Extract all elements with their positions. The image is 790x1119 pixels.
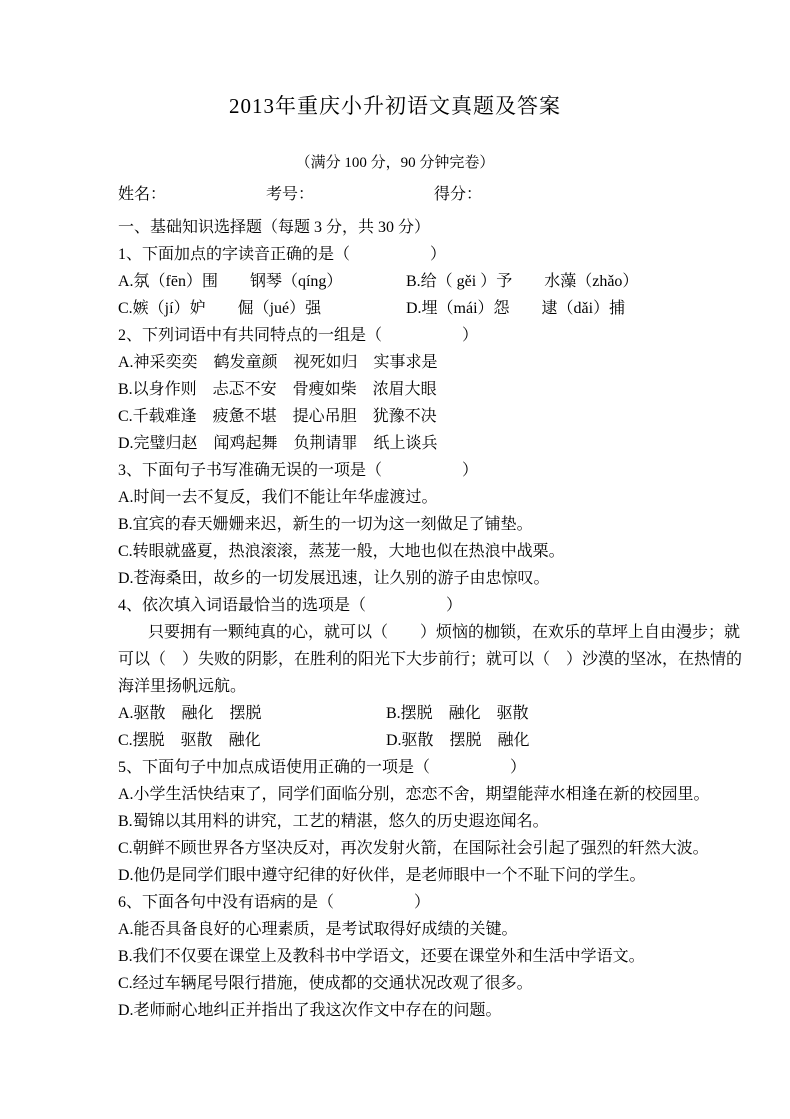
page-title: 2013年重庆小升初语文真题及答案 <box>0 0 790 118</box>
question-2-option-b: B.以身作则 忐忑不安 骨瘦如柴 浓眉大眼 <box>118 376 673 403</box>
question-4-option-c: C.摆脱 驱散 融化 <box>118 732 261 749</box>
exam-paper-page: 2013年重庆小升初语文真题及答案 （满分 100 分，90 分钟完卷） 姓名：… <box>0 0 790 1119</box>
question-3-stem: 3、下面句子书写准确无误的一项是（ ） <box>118 457 673 484</box>
question-4-passage-line-1: 只要拥有一颗纯真的心，就可以（ ）烦恼的枷锁，在欢乐的草坪上自由漫步；就 <box>118 619 673 646</box>
exam-score-note: （满分 100 分，90 分钟完卷） <box>0 154 790 172</box>
question-5-stem: 5、下面句子中加点成语使用正确的一项是（ ） <box>118 754 673 781</box>
question-4-stem: 4、依次填入词语最恰当的选项是（ ） <box>118 592 673 619</box>
question-4-options-row-2: C.摆脱 驱散 融化 D.驱散 摆脱 融化 <box>118 727 673 754</box>
question-4-passage-line-2: 可以（ ）失败的阴影，在胜利的阳光下大步前行；就可以（ ）沙漠的坚冰，在热情的 <box>118 646 673 673</box>
question-1-option-c: C.嫉（jí）妒 倔（jué）强 <box>118 300 321 317</box>
question-3-option-c: C.转眼就盛夏，热浪滚滚，蒸茏一般，大地也似在热浪中战栗。 <box>118 538 673 565</box>
question-2-stem: 2、下列词语中有共同特点的一组是（ ） <box>118 322 673 349</box>
question-3-option-d: D.苍海桑田，故乡的一切发展迅速，让久别的游子由忠惊叹。 <box>118 565 673 592</box>
question-6-option-d: D.老师耐心地纠正并指出了我这次作文中存在的问题。 <box>118 997 673 1024</box>
question-6-option-a: A.能否具备良好的心理素质，是考试取得好成绩的关键。 <box>118 916 673 943</box>
question-4-option-d: D.驱散 摆脱 融化 <box>386 727 530 754</box>
question-5-option-d: D.他仍是同学们眼中遵守纪律的好伙伴，是老师眼中一个不耻下问的学生。 <box>118 862 673 889</box>
question-6-stem: 6、下面各句中没有语病的是（ ） <box>118 889 673 916</box>
question-1-option-d: D.埋（mái）怨 逮（dǎi）捕 <box>406 295 625 322</box>
question-1-option-a: A.氛（fēn）围 钢琴（qíng） <box>118 273 342 290</box>
candidate-info-row: 姓名： 考号： 得分： <box>118 186 672 204</box>
question-2-option-d: D.完璧归赵 闻鸡起舞 负荆请罪 纸上谈兵 <box>118 430 673 457</box>
question-1-options-row-2: C.嫉（jí）妒 倔（jué）强 D.埋（mái）怨 逮（dǎi）捕 <box>118 295 673 322</box>
name-label: 姓名： <box>118 186 166 204</box>
section-1-heading: 一、基础知识选择题（每题 3 分，共 30 分） <box>118 214 673 241</box>
question-4-option-b: B.摆脱 融化 驱散 <box>386 700 529 727</box>
question-4-option-a: A.驱散 融化 摆脱 <box>118 705 262 722</box>
question-4-passage-line-3: 海洋里扬帆远航。 <box>118 673 673 700</box>
question-1-options-row-1: A.氛（fēn）围 钢琴（qíng） B.给（ gěi ）予 水藻（zhǎo） <box>118 268 673 295</box>
question-4-options-row-1: A.驱散 融化 摆脱 B.摆脱 融化 驱散 <box>118 700 673 727</box>
exam-body: 一、基础知识选择题（每题 3 分，共 30 分） 1、下面加点的字读音正确的是（… <box>118 214 673 1024</box>
question-5-option-a: A.小学生活快结束了，同学们面临分别，恋恋不舍，期望能萍水相逢在新的校园里。 <box>118 781 673 808</box>
question-6-option-c: C.经过车辆尾号限行措施，使成都的交通状况改观了很多。 <box>118 970 673 997</box>
question-2-option-c: C.千载难逢 疲惫不堪 提心吊胆 犹豫不决 <box>118 403 673 430</box>
exam-number-label: 考号： <box>266 186 314 204</box>
question-1-stem: 1、下面加点的字读音正确的是（ ） <box>118 241 673 268</box>
question-6-option-b: B.我们不仅要在课堂上及教科书中学语文，还要在课堂外和生活中学语文。 <box>118 943 673 970</box>
question-5-option-b: B.蜀锦以其用料的讲究，工艺的精湛，悠久的历史遐迩闻名。 <box>118 808 673 835</box>
question-1-option-b: B.给（ gěi ）予 水藻（zhǎo） <box>406 268 638 295</box>
question-3-option-a: A.时间一去不复反，我们不能让年华虚渡过。 <box>118 484 673 511</box>
score-label: 得分： <box>434 186 482 204</box>
question-3-option-b: B.宜宾的春天姗姗来迟，新生的一切为这一刻做足了铺垫。 <box>118 511 673 538</box>
question-2-option-a: A.神采奕奕 鹤发童颜 视死如归 实事求是 <box>118 349 673 376</box>
question-5-option-c: C.朝鲜不顾世界各方坚决反对，再次发射火箭，在国际社会引起了强烈的轩然大波。 <box>118 835 673 862</box>
